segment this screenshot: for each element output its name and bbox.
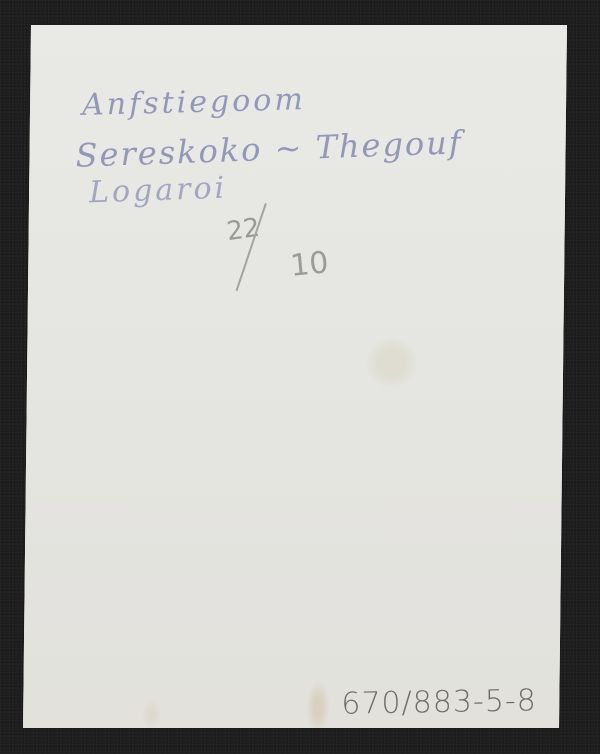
handwritten-line-2: Sereskoko ~ Thegouf (75, 123, 463, 174)
background-surface: Anfstiegoom Sereskoko ~ Thegouf Logaroi … (0, 0, 600, 754)
archive-number: 670/883-5-8 (341, 683, 537, 721)
handwritten-line-1: Anfstiegoom (82, 82, 306, 123)
handwritten-line-3: Logaroi (89, 171, 228, 211)
photo-card-back: Anfstiegoom Sereskoko ~ Thegouf Logaroi … (23, 25, 567, 728)
pencil-date-denominator: 10 (289, 245, 330, 284)
